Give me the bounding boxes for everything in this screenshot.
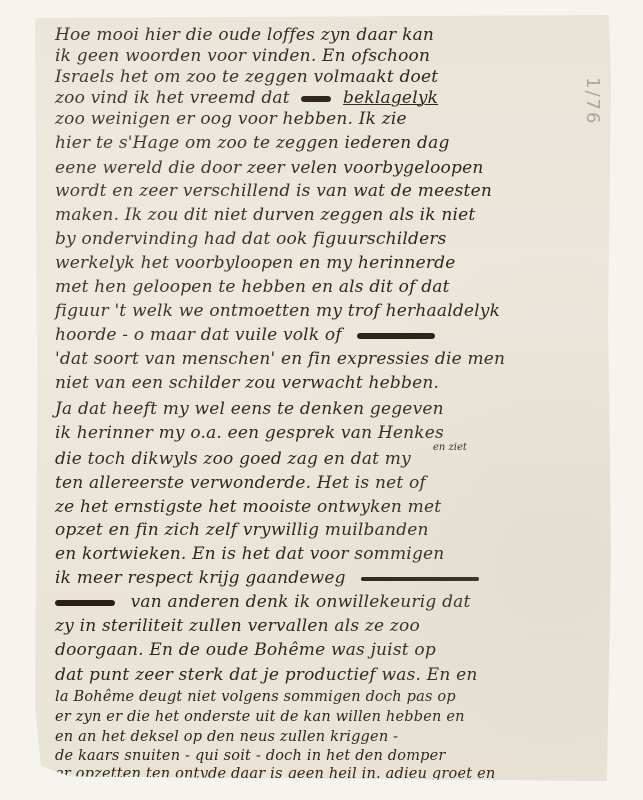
letter-line-5: zoo weinigen er oog voor hebben. Ik zie: [55, 109, 407, 129]
letter-line-31: en an het deksel op den neus zullen krig…: [55, 729, 398, 745]
letter-line-16: niet van een schilder zou verwacht hebbe…: [55, 373, 439, 393]
letter-line-24-text: ik meer respect krijg gaandeweg: [55, 568, 346, 588]
letter-line-29: la Bohême deugt niet volgens sommigen do…: [55, 689, 456, 705]
letter-line-18: ik herinner my o.a. een gesprek van Henk…: [55, 423, 444, 443]
crossed-out-word: [55, 600, 115, 606]
letter-line-11: werkelyk het voorbyloopen en my herinner…: [55, 253, 456, 273]
letter-line-4-text: zoo vind ik het vreemd dat: [55, 88, 290, 108]
letter-line-6: hier te s'Hage om zoo te zeggen iederen …: [55, 133, 450, 153]
letter-line-14: hoorde - o maar dat vuile volk of: [55, 325, 435, 345]
underlined-word: beklagelyk: [343, 88, 438, 108]
letter-line-17: Ja dat heeft my wel eens te denken gegev…: [55, 399, 444, 419]
crossed-out-word: [357, 333, 435, 339]
letter-line-2: ik geen woorden voor vinden. En ofschoon: [55, 46, 430, 66]
letter-line-3: Israels het om zoo te zeggen volmaakt do…: [55, 67, 438, 87]
pencil-catalogue-mark: 1/76: [582, 77, 603, 125]
letter-line-15: 'dat soort van menschen' en fin expressi…: [55, 349, 505, 369]
letter-line-27: doorgaan. En de oude Bohême was juist op: [55, 640, 436, 660]
letter-line-1: Hoe mooi hier die oude loffes zyn daar k…: [55, 25, 434, 45]
letter-line-26: zy in steriliteit zullen vervallen als z…: [55, 616, 420, 636]
letter-line-7: eene wereld die door zeer velen voorbyge…: [55, 158, 483, 178]
interlinear-insertion: en ziet: [433, 442, 467, 453]
letter-page: 1/76 Hoe mooi hier die oude loffes zyn d…: [35, 15, 611, 781]
letter-line-8: wordt en zeer verschillend is van wat de…: [55, 181, 492, 201]
crossed-out-word: [361, 577, 479, 581]
letter-line-33: er opzetten ten ontyde daar is geen heil…: [55, 766, 495, 782]
letter-line-23: en kortwieken. En is het dat voor sommig…: [55, 544, 444, 564]
letter-line-10: by ondervinding had dat ook figuurschild…: [55, 229, 447, 249]
letter-line-20: ten allereerste verwonderde. Het is net …: [55, 473, 426, 493]
letter-line-14-text: hoorde - o maar dat vuile volk of: [55, 325, 342, 345]
letter-line-21: ze het ernstigste het mooiste ontwyken m…: [55, 497, 441, 517]
letter-line-12: met hen geloopen te hebben en als dit of…: [55, 277, 450, 297]
letter-line-9: maken. Ik zou dit niet durven zeggen als…: [55, 205, 475, 225]
letter-line-22: opzet en fin zich zelf vrywillig muilban…: [55, 520, 429, 540]
letter-line-19: die toch dikwyls zoo goed zag en dat my: [55, 449, 411, 469]
letter-line-13: figuur 't welk we ontmoetten my trof her…: [55, 301, 500, 321]
letter-line-25-text: van anderen denk ik onwillekeurig dat: [131, 592, 471, 612]
letter-line-32: de kaars snuiten - qui soit - doch in he…: [55, 748, 446, 764]
letter-line-30: er zyn er die het onderste uit de kan wi…: [55, 709, 465, 725]
letter-line-24: ik meer respect krijg gaandeweg: [55, 568, 479, 588]
crossed-out-word: [301, 96, 331, 102]
letter-line-4: zoo vind ik het vreemd dat beklagelyk: [55, 88, 438, 108]
letter-line-25: van anderen denk ik onwillekeurig dat: [55, 592, 471, 612]
signature-line: handdruk t. a. t. Vincent: [247, 782, 432, 798]
letter-line-28: dat punt zeer sterk dat je productief wa…: [55, 665, 478, 685]
